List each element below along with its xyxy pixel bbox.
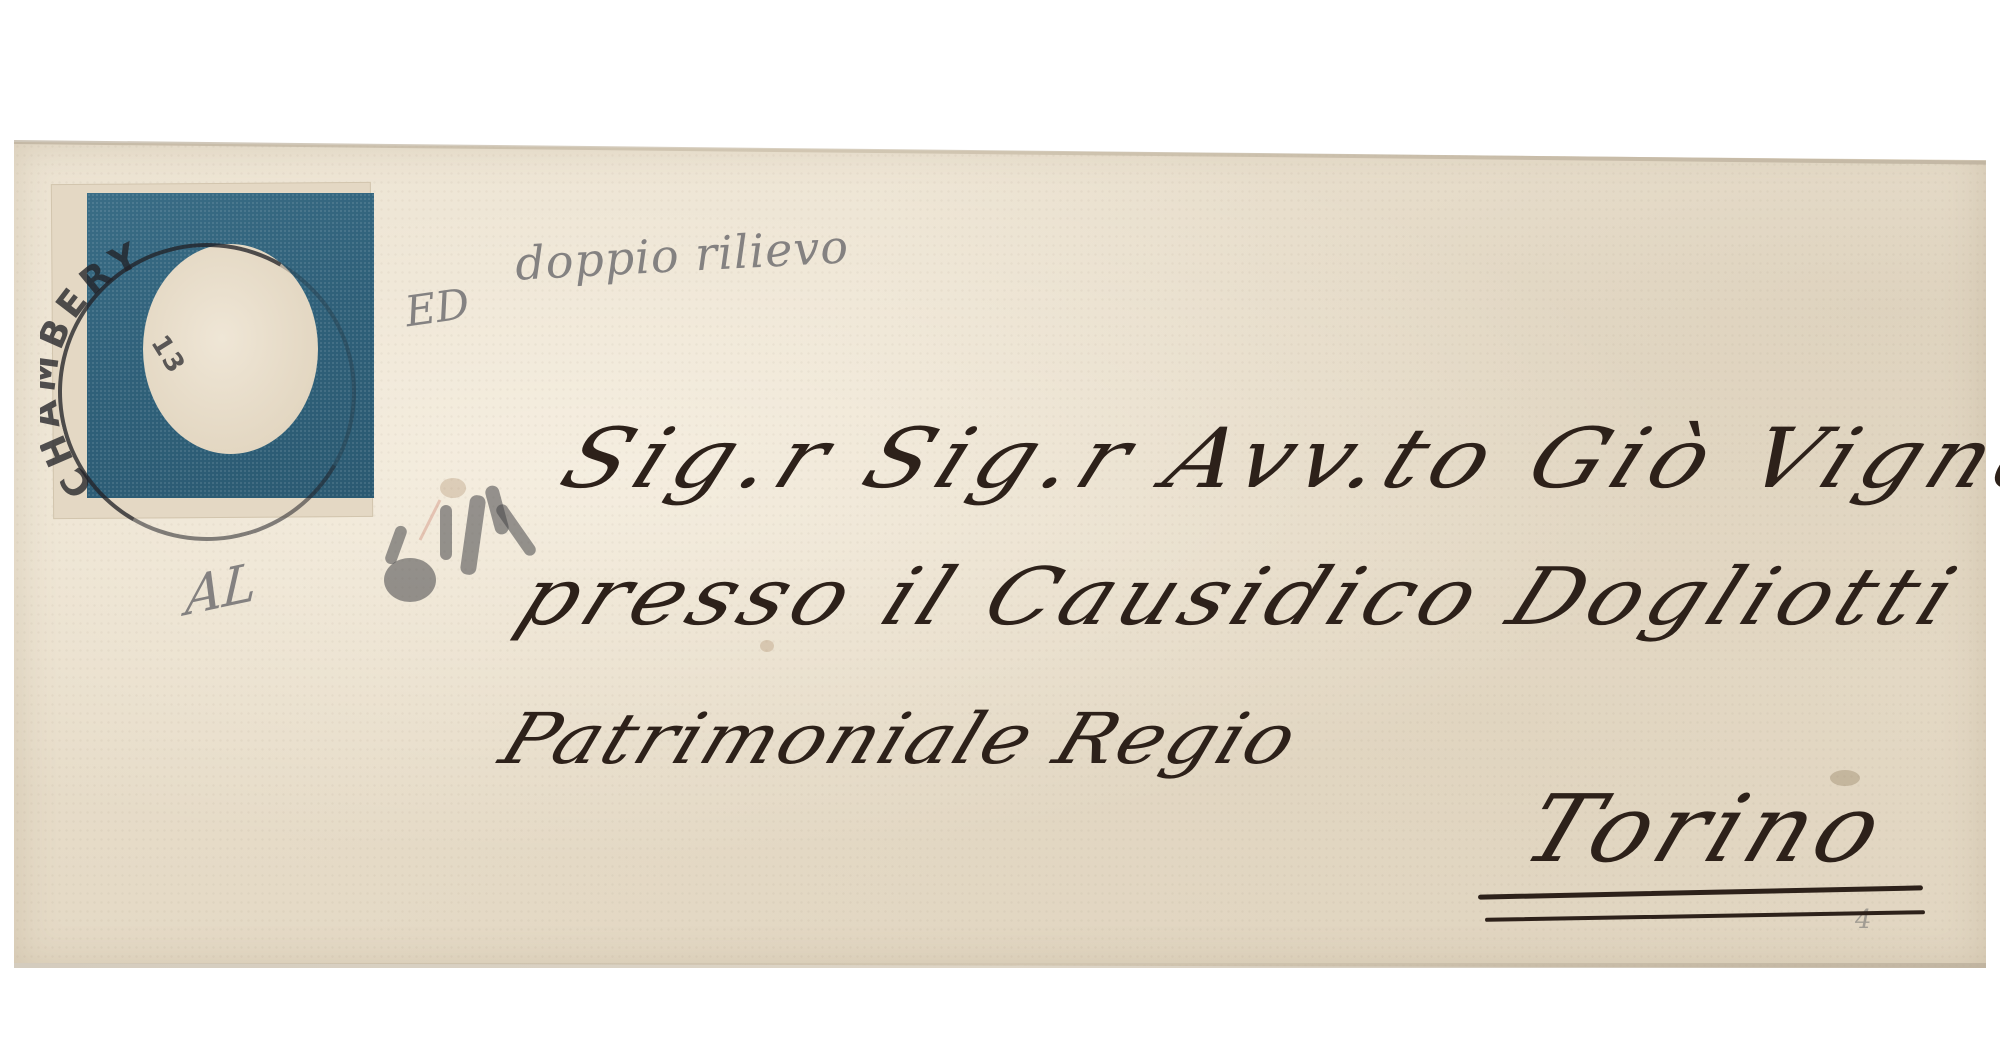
cover-image: CHAMBERY 13 doppio rilievo ED AL 4 Sig.r… xyxy=(0,0,2000,1042)
address-line-1: Sig.r Sig.r Avv.to Giò Vignola xyxy=(548,411,2000,507)
address-line-2: presso il Causidico Dogliotti xyxy=(505,550,1975,643)
envelope-bottom-edge xyxy=(14,963,1986,968)
address-line-4-city: Torino xyxy=(1510,776,1902,884)
pencil-corner-mark: 4 xyxy=(1855,905,1872,935)
address-line-3: Patrimoniale Regio xyxy=(490,699,1310,780)
cancellation-smudge xyxy=(370,445,550,615)
pencil-expert-mark: ED xyxy=(402,279,473,336)
